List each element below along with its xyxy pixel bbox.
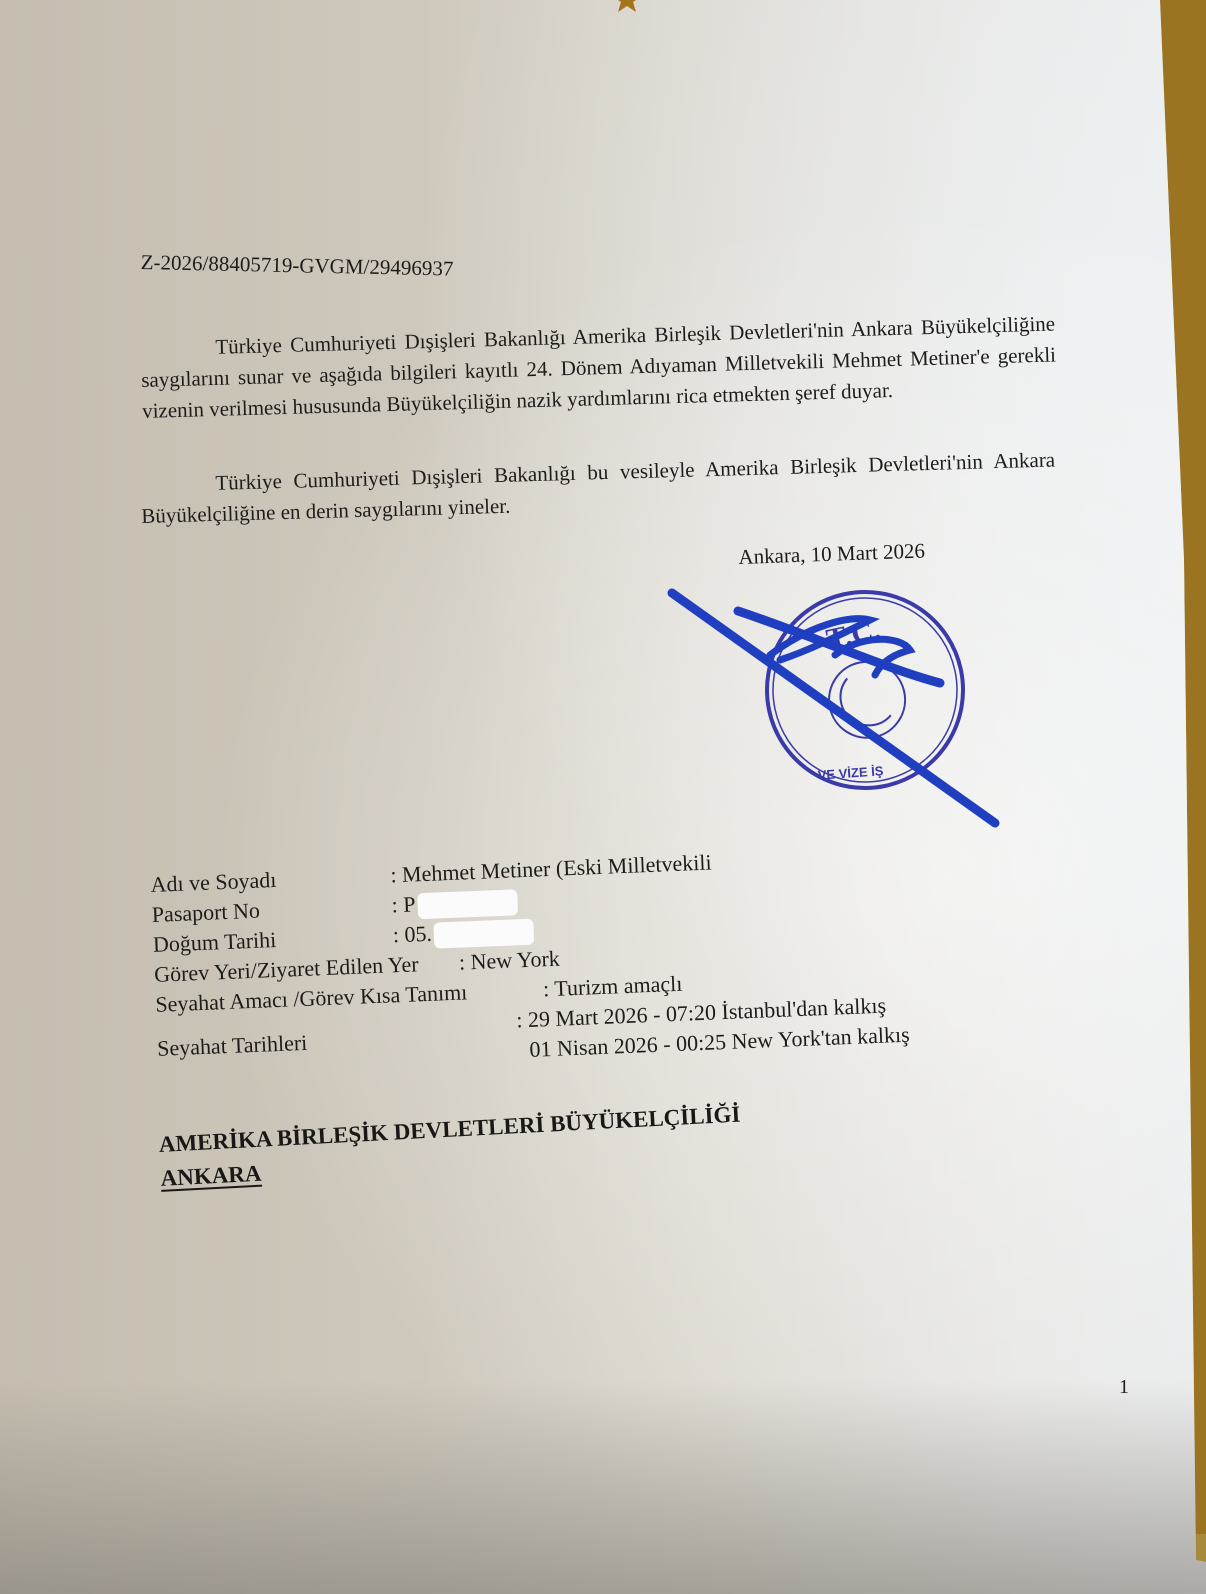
field-label: Doğum Tarihi	[152, 925, 276, 960]
field-value: : New York	[458, 944, 560, 978]
redaction-mark	[433, 919, 534, 949]
letter-page: Z-2026/88405719-GVGM/29496937 Türkiye Cu…	[0, 0, 1206, 1594]
field-value-text: : 05.	[392, 921, 432, 948]
paragraph-request: Türkiye Cumhuriyeti Dışişleri Bakanlığı …	[140, 308, 1057, 427]
field-value-text: : P	[391, 891, 416, 917]
place-date: Ankara, 10 Mart 2026	[738, 538, 925, 569]
official-stamp-signature: T.C. VE VİZE İŞ	[660, 575, 1020, 835]
reference-number: Z-2026/88405719-GVGM/29496937	[140, 250, 453, 282]
page-number: 1	[1119, 1376, 1129, 1399]
addressee-block: AMERİKA BİRLEŞİK DEVLETLERİ BÜYÜKELÇİLİĞ…	[158, 1098, 743, 1196]
paragraph-closing: Türkiye Cumhuriyeti Dışişleri Bakanlığı …	[140, 444, 1056, 532]
paragraph-closing-text: Türkiye Cumhuriyeti Dışişleri Bakanlığı …	[140, 444, 1056, 532]
stamp-seal-icon: T.C. VE VİZE İŞ	[749, 575, 981, 806]
shadow-overlay	[0, 1380, 1206, 1594]
paragraph-request-text: Türkiye Cumhuriyeti Dışişleri Bakanlığı …	[140, 308, 1057, 427]
traveler-details: Adı ve Soyadı : Mehmet Metiner (Eski Mil…	[150, 837, 978, 1080]
crescent-star-emblem-icon	[522, 0, 652, 42]
redaction-mark	[417, 889, 518, 919]
field-label: Pasaport No	[151, 896, 260, 930]
svg-text:VE VİZE İŞ: VE VİZE İŞ	[817, 763, 884, 783]
